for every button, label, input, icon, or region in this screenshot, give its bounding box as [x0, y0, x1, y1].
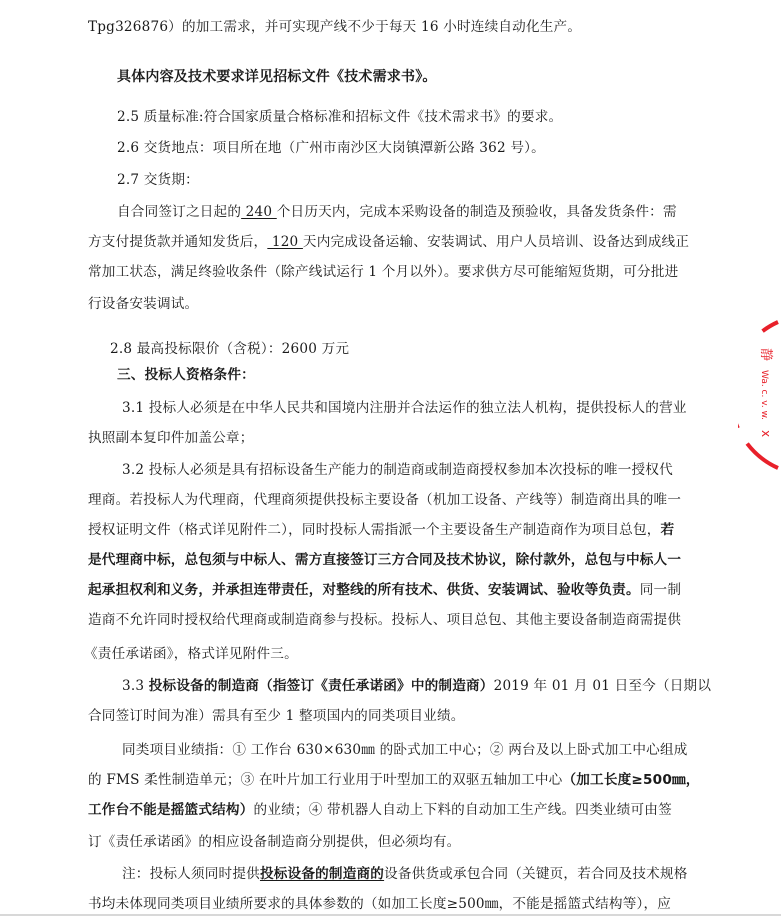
text: 的业绩；④ 带机器人自动上下料的自动加工生产线。四类业绩可由签 [254, 802, 672, 818]
clause-3-3-cont: 合同签订时间为准）需具有至少 1 整项国内的同类项目业绩。 [88, 707, 465, 725]
svg-text:静: 静 [758, 348, 774, 361]
clause-3-2-bold: 是代理商中标，总包须与中标人、需方直接签订三方合同及技术协议，除付款外，总包与中… [88, 551, 681, 569]
similar-projects-cont: 的 FMS 柔性制造单元；③ 在叶片加工行业用于叶型加工的双驱五轴加工中心（加工… [88, 771, 700, 789]
page-bottom-divider [0, 914, 781, 916]
text: 天内完成设备运输、安装调试、用户人员培训、设备达到成线正 [303, 234, 689, 250]
clause-3-2-cont: 造商不允许同时授权给代理商或制造商参与投标。投标人、项目总包、其他主要设备制造商… [88, 611, 681, 629]
clause-2-7: 2.7 交货期： [117, 171, 199, 189]
clause-3-2: 3.2 投标人必须是具有招标设备生产能力的制造商或制造商授权参加本次投标的唯一授… [122, 461, 673, 479]
text: 注：投标人须同时提供 [122, 866, 260, 882]
clause-3-3: 3.3 投标设备的制造商（指签订《责任承诺函》中的制造商）2019 年 01 月… [122, 677, 711, 695]
similar-projects: 同类项目业绩指：① 工作台 630×630㎜ 的卧式加工中心；② 两台及以上卧式… [122, 741, 688, 759]
delivery-paragraph-line: 自合同签订之日起的 240 个日历天内，完成本采购设备的制造及预验收，具备发货条… [117, 203, 677, 221]
section-heading-3: 三、投标人资格条件： [117, 366, 255, 384]
days-240: 240 [241, 204, 277, 220]
delivery-paragraph-line: 常加工状态，满足终验收条件（除产线试运行 1 个月以外）。要求供方尽可能缩短货期… [88, 263, 678, 281]
delivery-paragraph-line: 方支付提货款并通知发货后， 120 天内完成设备运输、安装调试、用户人员培训、设… [88, 233, 689, 251]
clause-3-2-cont: 理商。若投标人为代理商，代理商须提供投标主要设备（机加工设备、产线等）制造商出具… [88, 491, 681, 509]
red-seal-stamp-icon: 静 Wa. c. v. w. ⅹ [738, 310, 781, 480]
clause-3-2-cont: 起承担权利和义务，并承担连带责任，对整线的所有技术、供货、安装调试、验收等负责。… [88, 581, 681, 599]
bold-text: 起承担权利和义务，并承担连带责任，对整线的所有技术、供货、安装调试、验收等负责。 [88, 582, 640, 598]
clause-3-2-cont: 《责任承诺函》，格式详见附件三。 [84, 645, 298, 663]
delivery-paragraph-line: 行设备安装调试。 [88, 295, 198, 313]
document-page: Tpg326876）的加工需求，并可实现产线不少于每天 16 小时连续自动化生产… [0, 0, 781, 918]
clause-2-5: 2.5 质量标准:符合国家质量合格标准和招标文件《技术需求书》的要求。 [117, 108, 562, 126]
days-120: 120 [267, 234, 303, 250]
text: 自合同签订之日起的 [117, 204, 241, 220]
note-paragraph-cont: 书均未体现同类项目业绩所要求的具体参数的（如加工长度≥500㎜，不能是摇篮式结构… [88, 895, 671, 913]
underlined-bold-text: 投标设备的制造商的 [260, 866, 384, 882]
bold-text: 工作台不能是摇篮式结构） [88, 802, 254, 818]
text: 方支付提货款并通知发货后， [88, 234, 267, 250]
note-paragraph: 注：投标人须同时提供投标设备的制造商的设备供货或承包合同（关键页，若合同及技术规… [122, 865, 688, 883]
text: 个日历天内，完成本采购设备的制造及预验收，具备发货条件：需 [277, 204, 677, 220]
section-note-bold: 具体内容及技术要求详见招标文件《技术需求书》。 [117, 68, 437, 86]
svg-text:ⅹ: ⅹ [759, 430, 773, 437]
text: 的 FMS 柔性制造单元；③ 在叶片加工行业用于叶型加工的双驱五轴加工中心 [88, 772, 562, 788]
clause-2-8: 2.8 最高投标限价（含税）：2600 万元 [110, 340, 349, 358]
text: 同一制 [640, 582, 681, 598]
text: 3.3 [122, 678, 149, 694]
similar-projects-cont: 工作台不能是摇篮式结构）的业绩；④ 带机器人自动上下料的自动加工生产线。四类业绩… [88, 801, 672, 819]
clause-3-1-cont: 执照副本复印件加盖公章； [88, 429, 254, 447]
bold-text: （加工长度≥500㎜， [562, 772, 699, 788]
text-line: Tpg326876）的加工需求，并可实现产线不少于每天 16 小时连续自动化生产… [88, 18, 581, 36]
svg-text:Wa. c. v. w.: Wa. c. v. w. [759, 370, 769, 420]
clause-3-1: 3.1 投标人必须是在中华人民共和国境内注册并合法运作的独立法人机构，提供投标人… [122, 399, 687, 417]
text: 授权证明文件（格式详见附件二），同时投标人需指派一个主要设备生产制造商作为项目总… [88, 522, 661, 538]
text: 2019 年 01 月 01 日至今（日期以 [494, 678, 712, 694]
bold-text: 投标设备的制造商（指签订《责任承诺函》中的制造商） [149, 678, 494, 694]
bold-text: 若 [661, 522, 675, 538]
clause-3-2-cont: 授权证明文件（格式详见附件二），同时投标人需指派一个主要设备生产制造商作为项目总… [88, 521, 674, 539]
clause-2-6: 2.6 交货地点：项目所在地（广州市南沙区大岗镇潭新公路 362 号）。 [117, 139, 545, 157]
text: 设备供货或承包合同（关键页，若合同及技术规格 [384, 866, 687, 882]
similar-projects-cont: 订《责任承诺函》的相应设备制造商分别提供，但必须均有。 [88, 833, 460, 851]
